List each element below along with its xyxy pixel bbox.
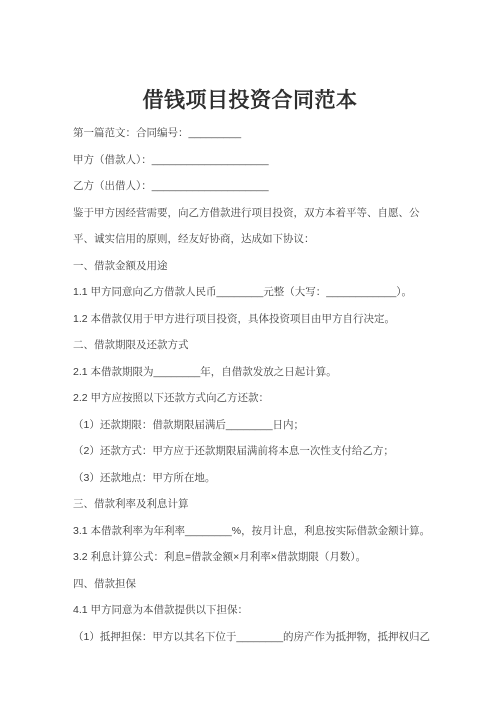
clause-1-2: 1.2 本借款仅用于甲方进行项目投资，具体投资项目由甲方自行决定。 xyxy=(73,306,443,333)
clause-2-2-subitem-1: （1）还款期限：借款期限届满后________日内； xyxy=(73,412,443,439)
clause-2-2-subitem-2: （2）还款方式：甲方应于还款期限届满前将本息一次性支付给乙方； xyxy=(73,438,443,465)
clause-4-1: 4.1 甲方同意为本借款提供以下担保： xyxy=(73,597,443,624)
section-3-heading: 三、借款利率及利息计算 xyxy=(73,491,443,518)
clause-2-1: 2.1 本借款期限为________年，自借款发放之日起计算。 xyxy=(73,359,443,386)
clause-2-2-subitem-3: （3）还款地点：甲方所在地。 xyxy=(73,465,443,492)
party-a-line: 甲方（借款人）：____________________ xyxy=(73,147,443,174)
clause-3-2: 3.2 利息计算公式：利息=借款金额×月利率×借款期限（月数）。 xyxy=(73,544,443,571)
preamble-line-2: 平、诚实信用的原则，经友好协商，达成如下协议： xyxy=(73,226,443,253)
section-1-heading: 一、借款金额及用途 xyxy=(73,253,443,280)
section-2-heading: 二、借款期限及还款方式 xyxy=(73,332,443,359)
contract-body: 第一篇范文：合同编号：_________ 甲方（借款人）：___________… xyxy=(73,120,443,650)
preamble-line-1: 鉴于甲方因经营需要，向乙方借款进行项目投资，双方本着平等、自愿、公 xyxy=(73,200,443,227)
clause-1-1: 1.1 甲方同意向乙方借款人民币________元整（大写：__________… xyxy=(73,279,443,306)
party-b-line: 乙方（出借人）：____________________ xyxy=(73,173,443,200)
clause-2-2: 2.2 甲方应按照以下还款方式向乙方还款： xyxy=(73,385,443,412)
clause-3-1: 3.1 本借款利率为年利率________%，按月计息，利息按实际借款金额计算。 xyxy=(73,518,443,545)
contract-page: 借钱项目投资合同范本 第一篇范文：合同编号：_________ 甲方（借款人）：… xyxy=(0,0,500,707)
section-4-heading: 四、借款担保 xyxy=(73,571,443,598)
meta-contract-number-line: 第一篇范文：合同编号：_________ xyxy=(73,120,443,147)
clause-4-1-subitem-1: （1）抵押担保：甲方以其名下位于________的房产作为抵押物，抵押权归乙 xyxy=(73,624,443,651)
page-title: 借钱项目投资合同范本 xyxy=(0,84,500,114)
